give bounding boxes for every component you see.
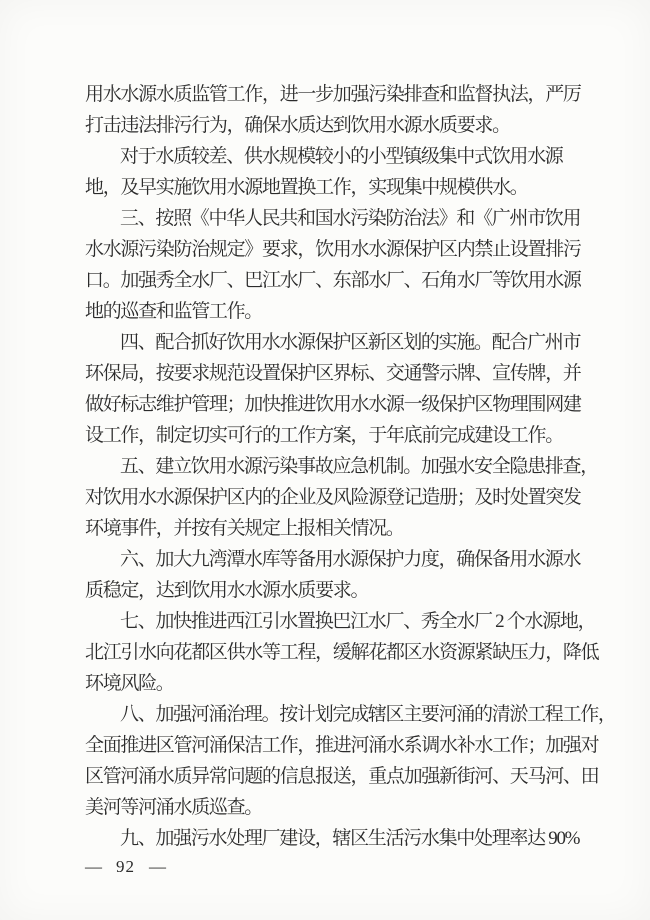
text-line: 水水源污染防治规定》要求，饮用水水源保护区内禁止设置排污 bbox=[85, 234, 585, 265]
text-line: 地的巡查和监管工作。 bbox=[85, 296, 585, 327]
text-line: 打击违法排污行为，确保水质达到饮用水源水质要求。 bbox=[85, 110, 585, 141]
text-line: 做好标志维护管理；加快推进饮用水水源一级保护区物理围网建 bbox=[85, 389, 585, 420]
text-line: 对于水质较差、供水规模较小的小型镇级集中式饮用水源 bbox=[85, 141, 585, 172]
text-line: 五、建立饮用水源污染事故应急机制。加强水安全隐患排查， bbox=[85, 451, 585, 482]
text-line: 环境风险。 bbox=[85, 668, 585, 699]
page-footer: —92— bbox=[85, 855, 166, 879]
footer-left-dash: — bbox=[85, 855, 102, 879]
text-line: 地，及早实施饮用水源地置换工作，实现集中规模供水。 bbox=[85, 172, 585, 203]
text-line: 环保局，按要求规范设置保护区界标、交通警示牌、宣传牌，并 bbox=[85, 358, 585, 389]
text-line: 七、加快推进西江引水置换巴江水厂、秀全水厂 2 个水源地， bbox=[85, 606, 585, 637]
footer-right-dash: — bbox=[149, 855, 166, 879]
text-line: 环境事件，并按有关规定上报相关情况。 bbox=[85, 513, 585, 544]
text-line: 区管河涌水质异常问题的信息报送，重点加强新街河、天马河、田 bbox=[85, 761, 585, 792]
text-line: 九、加强污水处理厂建设，辖区生活污水集中处理率达 90% bbox=[85, 823, 585, 854]
document-page: 用水水源水质监管工作，进一步加强污染排查和监督执法，严厉打击违法排污行为，确保水… bbox=[0, 0, 650, 920]
text-line: 六、加大九湾潭水库等备用水源保护力度，确保备用水源水 bbox=[85, 544, 585, 575]
text-line: 三、按照《中华人民共和国水污染防治法》和《广州市饮用 bbox=[85, 203, 585, 234]
text-line: 八、加强河涌治理。按计划完成辖区主要河涌的清淤工程工作， bbox=[85, 699, 585, 730]
text-line: 美河等河涌水质巡查。 bbox=[85, 792, 585, 823]
text-line: 用水水源水质监管工作，进一步加强污染排查和监督执法，严厉 bbox=[85, 79, 585, 110]
text-line: 对饮用水水源保护区内的企业及风险源登记造册；及时处置突发 bbox=[85, 482, 585, 513]
text-line: 质稳定，达到饮用水水源水质要求。 bbox=[85, 575, 585, 606]
text-line: 北江引水向花都区供水等工程，缓解花都区水资源紧缺压力，降低 bbox=[85, 637, 585, 668]
text-line: 口。加强秀全水厂、巴江水厂、东部水厂、石角水厂等饮用水源 bbox=[85, 265, 585, 296]
page-number: 92 bbox=[116, 855, 135, 879]
text-line: 四、配合抓好饮用水水源保护区新区划的实施。配合广州市 bbox=[85, 327, 585, 358]
document-text-block: 用水水源水质监管工作，进一步加强污染排查和监督执法，严厉打击违法排污行为，确保水… bbox=[85, 79, 585, 854]
text-line: 全面推进区管河涌保洁工作，推进河涌水系调水补水工作；加强对 bbox=[85, 730, 585, 761]
text-line: 设工作，制定切实可行的工作方案，于年底前完成建设工作。 bbox=[85, 420, 585, 451]
